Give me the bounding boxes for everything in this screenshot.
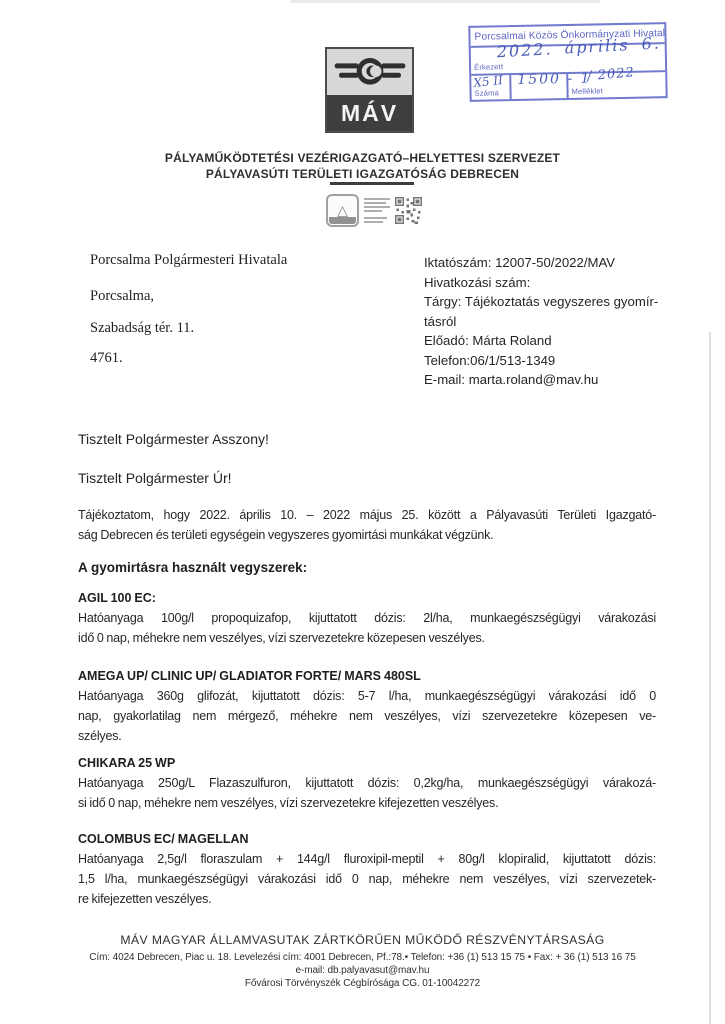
scan-artifact bbox=[290, 0, 600, 3]
letterhead: PÁLYAMŰKÖDTETÉSI VEZÉRIGAZGATÓ–HELYETTES… bbox=[0, 151, 725, 182]
cert-text-lines bbox=[364, 198, 390, 223]
recipient-line: Porcsalma, bbox=[90, 288, 154, 305]
received-stamp: Porcsalmai Közös Önkormányzati Hivatal É… bbox=[468, 22, 667, 102]
greeting-female: Tisztelt Polgármester Asszony! bbox=[78, 431, 269, 447]
chemical-block-amega: AMEGA UP/ CLINIC UP/ GLADIATOR FORTE/ MA… bbox=[78, 666, 656, 746]
footer-company-name: MÁV MAGYAR ÁLLAMVASUTAK ZÁRTKÖRŰEN MŰKÖD… bbox=[0, 933, 725, 947]
section-heading: A gyomirtásra használt vegyszerek: bbox=[78, 560, 307, 575]
chemical-desc-line: Hatóanyaga 2,5g/l floraszulam + 144g/l f… bbox=[78, 849, 656, 869]
chemical-desc-line: si idő 0 nap, méhekre nem veszélyes, víz… bbox=[78, 793, 656, 813]
stamp-number-label: Száma bbox=[474, 88, 499, 97]
chemical-desc-line: 1,5 l/ha, munkaegészségügyi várakozási i… bbox=[78, 869, 656, 889]
footer-registry-line: Fővárosi Törvényszék Cégbírósága CG. 01-… bbox=[0, 977, 725, 990]
meta-line-telefon: Telefon:06/1/513-1349 bbox=[424, 351, 704, 371]
footer-email-line: e-mail: db.palyavasut@mav.hu bbox=[0, 964, 725, 977]
meta-line-targy-cont: tásról bbox=[424, 312, 704, 332]
greeting-male: Tisztelt Polgármester Úr! bbox=[78, 470, 232, 486]
intro-line: Tájékoztatom, hogy 2022. április 10. – 2… bbox=[78, 505, 656, 525]
footer-address-line: Cím: 4024 Debrecen, Piac u. 18. Levelezé… bbox=[0, 951, 725, 964]
chemical-desc-line: Hatóanyaga 360g glifozát, kijuttatott dó… bbox=[78, 686, 656, 706]
chemical-desc-line: idő 0 nap, méhekre nem veszélyes, vízi s… bbox=[78, 628, 656, 648]
chemical-block-agil: AGIL 100 EC: Hatóanyaga 100g/l propoquiz… bbox=[78, 588, 656, 648]
handwritten-file-number: 1500 - 1 bbox=[517, 71, 591, 88]
chemical-name: COLOMBUS EC/ MAGELLAN bbox=[78, 829, 656, 849]
meta-line-hivatkozasi: Hivatkozási szám: bbox=[424, 273, 704, 293]
chemical-desc-line: szélyes. bbox=[78, 726, 656, 746]
meta-line-email: E-mail: marta.roland@mav.hu bbox=[424, 370, 704, 390]
chemical-desc-line: Hatóanyaga 100g/l propoquizafop, kijutta… bbox=[78, 608, 656, 628]
meta-line-iktatoszam: Iktatószám: 12007-50/2022/MAV bbox=[424, 253, 704, 273]
chemical-block-colombus: COLOMBUS EC/ MAGELLAN Hatóanyaga 2,5g/l … bbox=[78, 829, 656, 909]
recipient-line: Szabadság tér. 11. bbox=[90, 320, 194, 337]
reference-block: Iktatószám: 12007-50/2022/MAV Hivatkozás… bbox=[424, 253, 704, 390]
recipient-line: 4761. bbox=[90, 350, 123, 367]
intro-line: ság Debrecen és területi egységein vegys… bbox=[78, 525, 656, 545]
qr-code-icon bbox=[395, 197, 422, 224]
chemical-name: AGIL 100 EC: bbox=[78, 588, 656, 608]
meta-line-targy: Tárgy: Tájékoztatás vegyszeres gyomír- bbox=[424, 292, 704, 312]
certification-badge: △ bbox=[326, 190, 426, 230]
letterhead-underline bbox=[330, 182, 414, 185]
scanned-letter-page: Porcsalmai Közös Önkormányzati Hivatal É… bbox=[0, 0, 725, 1024]
chemical-desc-line: Hatóanyaga 250g/L Flazaszulfuron, kijutt… bbox=[78, 773, 656, 793]
mav-logo-top bbox=[327, 49, 412, 95]
intro-paragraph: Tájékoztatom, hogy 2022. április 10. – 2… bbox=[78, 505, 656, 545]
mav-logo: MÁV bbox=[325, 47, 414, 133]
chemical-name: CHIKARA 25 WP bbox=[78, 753, 656, 773]
triangle-cert-icon: △ bbox=[326, 194, 359, 227]
stamp-received-label: Érkezett bbox=[474, 62, 503, 72]
chemical-desc-line: re kifejezetten veszélyes. bbox=[78, 889, 656, 909]
mav-logo-wordmark: MÁV bbox=[327, 95, 412, 131]
chemical-block-chikara: CHIKARA 25 WP Hatóanyaga 250g/L Flazaszu… bbox=[78, 753, 656, 813]
letterhead-line1: PÁLYAMŰKÖDTETÉSI VEZÉRIGAZGATÓ–HELYETTES… bbox=[0, 151, 725, 167]
recipient-line: Porcsalma Polgármesteri Hivatala bbox=[90, 252, 287, 269]
chemical-desc-line: nap, gyakorlatilag nem mérgező, méhekre … bbox=[78, 706, 656, 726]
meta-line-eloado: Előadó: Márta Roland bbox=[424, 331, 704, 351]
stamp-attachment-label: Melléklet bbox=[571, 86, 603, 96]
chemical-name: AMEGA UP/ CLINIC UP/ GLADIATOR FORTE/ MA… bbox=[78, 666, 656, 686]
company-footer: MÁV MAGYAR ÁLLAMVASUTAK ZÁRTKÖRŰEN MŰKÖD… bbox=[0, 933, 725, 990]
winged-wheel-icon bbox=[334, 54, 406, 90]
letterhead-line2: PÁLYAVASÚTI TERÜLETI IGAZGATÓSÁG DEBRECE… bbox=[0, 167, 725, 183]
scan-artifact-line bbox=[709, 332, 711, 1024]
